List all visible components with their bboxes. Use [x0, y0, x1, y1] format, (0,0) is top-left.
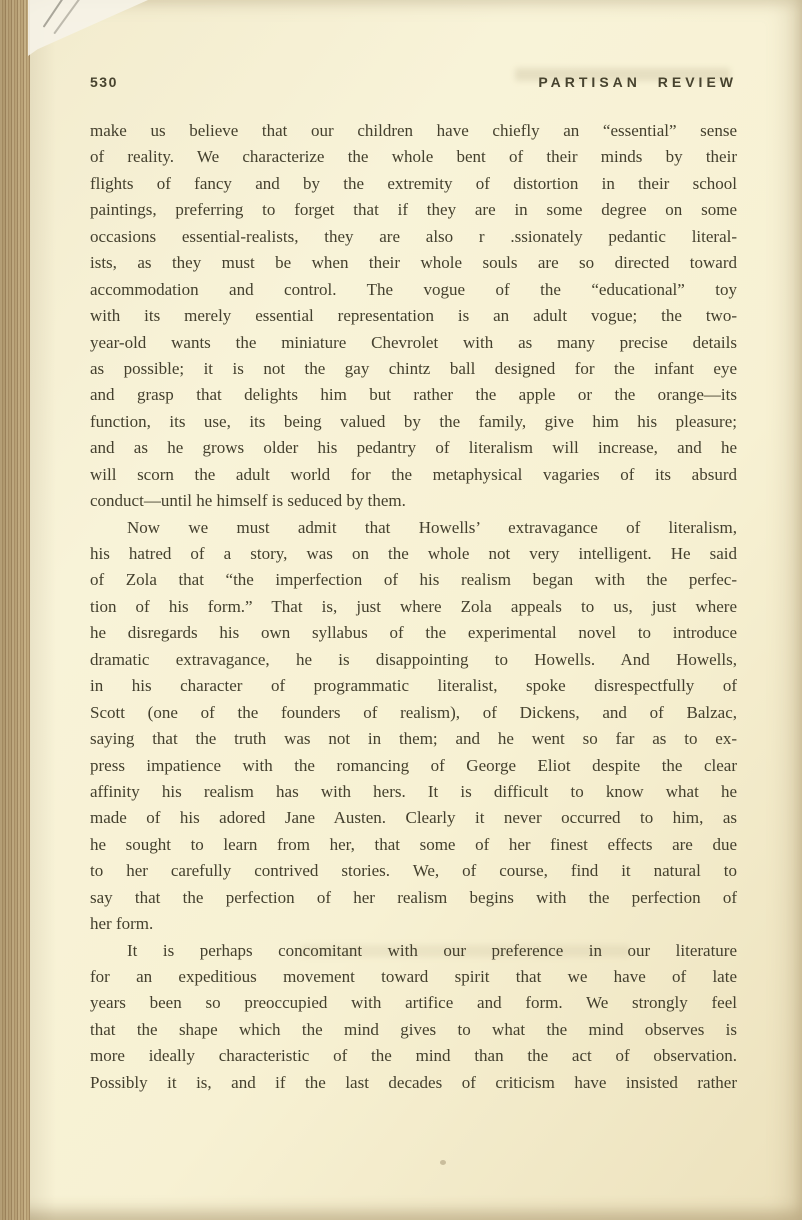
- scanned-book-page: 530 PARTISAN REVIEW make us believe that…: [0, 0, 802, 1220]
- text-line: Now we must admit that Howells’ extravag…: [90, 515, 737, 541]
- text-line: Possibly it is, and if the last decades …: [90, 1070, 737, 1096]
- text-line: make us believe that our children have c…: [90, 118, 737, 144]
- journal-title: PARTISAN REVIEW: [538, 74, 737, 90]
- text-line: It is perhaps concomitant with our prefe…: [90, 938, 737, 964]
- text-line: function, its use, its being valued by t…: [90, 409, 737, 435]
- text-line: more ideally characteristic of the mind …: [90, 1043, 737, 1069]
- text-line: tion of his form.” That is, just where Z…: [90, 594, 737, 620]
- text-line: say that the perfection of her realism b…: [90, 885, 737, 911]
- text-line: affinity his realism has with hers. It i…: [90, 779, 737, 805]
- text-line: ists, as they must be when their whole s…: [90, 250, 737, 276]
- page-number: 530: [90, 74, 118, 90]
- text-line: made of his adored Jane Austen. Clearly …: [90, 805, 737, 831]
- text-line: of Zola that “the imperfection of his re…: [90, 567, 737, 593]
- text-line: and as he grows older his pedantry of li…: [90, 435, 737, 461]
- running-head: 530 PARTISAN REVIEW: [90, 74, 737, 90]
- paper-speck: [440, 1160, 446, 1165]
- text-line: of reality. We characterize the whole be…: [90, 144, 737, 170]
- text-line: occasions essential-realists, they are a…: [90, 224, 737, 250]
- text-line: press impatience with the romancing of G…: [90, 753, 737, 779]
- text-line: flights of fancy and by the extremity of…: [90, 171, 737, 197]
- text-line: as possible; it is not the gay chintz ba…: [90, 356, 737, 382]
- text-line: he sought to learn from her, that some o…: [90, 832, 737, 858]
- gutter-shadow: [0, 0, 56, 1220]
- text-line: for an expeditious movement toward spiri…: [90, 964, 737, 990]
- text-line: Scott (one of the founders of realism), …: [90, 700, 737, 726]
- text-line: his hatred of a story, was on the whole …: [90, 541, 737, 567]
- text-line: her form.: [90, 911, 737, 937]
- text-line: will scorn the adult world for the metap…: [90, 462, 737, 488]
- text-line: years been so preoccupied with artifice …: [90, 990, 737, 1016]
- text-line: saying that the truth was not in them; a…: [90, 726, 737, 752]
- paragraph-2: Now we must admit that Howells’ extravag…: [90, 515, 737, 938]
- text-line: accommodation and control. The vogue of …: [90, 277, 737, 303]
- text-line: year-old wants the miniature Chevrolet w…: [90, 330, 737, 356]
- text-line: paintings, preferring to forget that if …: [90, 197, 737, 223]
- text-line: conduct—until he himself is seduced by t…: [90, 488, 737, 514]
- paragraph-1: make us believe that our children have c…: [90, 118, 737, 515]
- text-line: dramatic extravagance, he is disappointi…: [90, 647, 737, 673]
- text-line: to her carefully contrived stories. We, …: [90, 858, 737, 884]
- text-line: and grasp that delights him but rather t…: [90, 382, 737, 408]
- text-line: that the shape which the mind gives to w…: [90, 1017, 737, 1043]
- paragraph-3: It is perhaps concomitant with our prefe…: [90, 938, 737, 1097]
- text-line: he disregards his own syllabus of the ex…: [90, 620, 737, 646]
- text-line: with its merely essential representation…: [90, 303, 737, 329]
- body-text: make us believe that our children have c…: [90, 118, 737, 1096]
- text-line: in his character of programmatic literal…: [90, 673, 737, 699]
